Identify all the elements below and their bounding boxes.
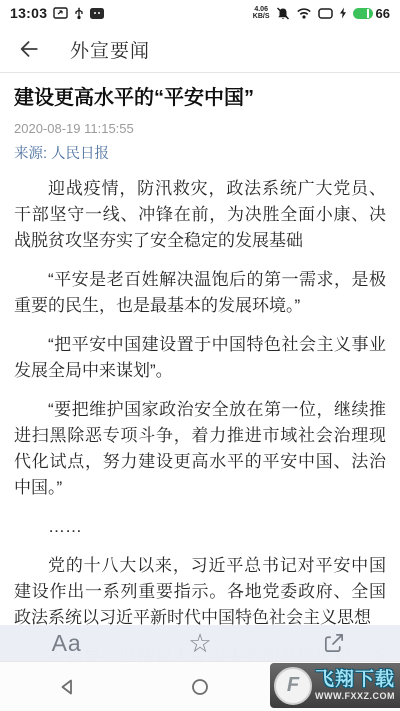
nav-back-triangle-icon — [58, 678, 76, 696]
battery-indicator: 66 — [353, 6, 390, 21]
battery-percent: 66 — [376, 6, 390, 21]
article-paragraph: 党的十八大以来，习近平总书记对平安中国建设作出一系列重要指示。各地党委政府、全国… — [14, 553, 386, 631]
article-body: 建设更高水平的“平安中国” 2020-08-19 11:15:55 来源: 人民… — [0, 73, 400, 696]
article-ellipsis: …… — [14, 514, 386, 540]
nav-home-circle-icon — [191, 678, 209, 696]
reader-toolbar: Aa ☆ — [0, 625, 400, 661]
font-size-icon: Aa — [52, 630, 82, 657]
phone-screen: 13:03 4.06 KB/S — [0, 0, 400, 711]
status-bar-right: 4.06 KB/S 66 — [253, 6, 390, 21]
wifi-icon — [296, 7, 312, 19]
article-date: 2020-08-19 11:15:55 — [14, 121, 386, 136]
favorite-button[interactable]: ☆ — [133, 625, 266, 661]
article-paragraph: “要把维护国家政治安全放在第一位，继续推进扫黑除恶专项斗争，着力推进市域社会治理… — [14, 397, 386, 501]
robot-app-icon — [90, 8, 104, 19]
watermark-url: WWW.FXXZ.COM — [315, 692, 395, 701]
nav-home-button[interactable] — [133, 662, 266, 711]
share-button[interactable] — [267, 625, 400, 661]
back-icon[interactable] — [18, 38, 40, 60]
battery-icon — [353, 8, 373, 19]
charging-bolt-icon — [339, 7, 347, 19]
mute-icon — [276, 7, 290, 20]
star-icon: ☆ — [188, 630, 211, 656]
share-icon — [322, 632, 345, 655]
page-title: 外宣要闻 — [70, 36, 150, 63]
network-speed-unit: KB/S — [253, 13, 270, 20]
font-size-button[interactable]: Aa — [0, 625, 133, 661]
network-speed: 4.06 KB/S — [253, 6, 270, 20]
article-source[interactable]: 来源: 人民日报 — [14, 142, 386, 163]
status-bar: 13:03 4.06 KB/S — [0, 0, 400, 26]
download-site-watermark: F 飞翔下载 WWW.FXXZ.COM — [270, 663, 400, 708]
watermark-title: 飞翔下载 — [315, 670, 395, 689]
article-paragraph: 迎战疫情，防汛救灾，政法系统广大党员、干部坚守一线、冲锋在前，为决胜全面小康、决… — [14, 176, 386, 254]
watermark-text: 飞翔下载 WWW.FXXZ.COM — [315, 670, 395, 701]
network-speed-value: 4.06 — [254, 6, 268, 13]
fxxz-logo-icon: F — [274, 667, 312, 705]
nav-back-button[interactable] — [0, 662, 133, 711]
clock: 13:03 — [10, 5, 47, 21]
sim-card-icon — [318, 8, 333, 19]
article-title: 建设更高水平的“平安中国” — [14, 85, 386, 111]
status-bar-left: 13:03 — [10, 5, 104, 21]
article-paragraph: “平安是老百姓解决温饱后的第一需求，是极重要的民生，也是最基本的发展环境。” — [14, 267, 386, 319]
screenshot-icon — [53, 7, 68, 19]
app-bar: 外宣要闻 — [0, 26, 400, 73]
usb-icon — [74, 7, 84, 20]
article-paragraph: “把平安中国建设置于中国特色社会主义事业发展全局中来谋划”。 — [14, 332, 386, 384]
